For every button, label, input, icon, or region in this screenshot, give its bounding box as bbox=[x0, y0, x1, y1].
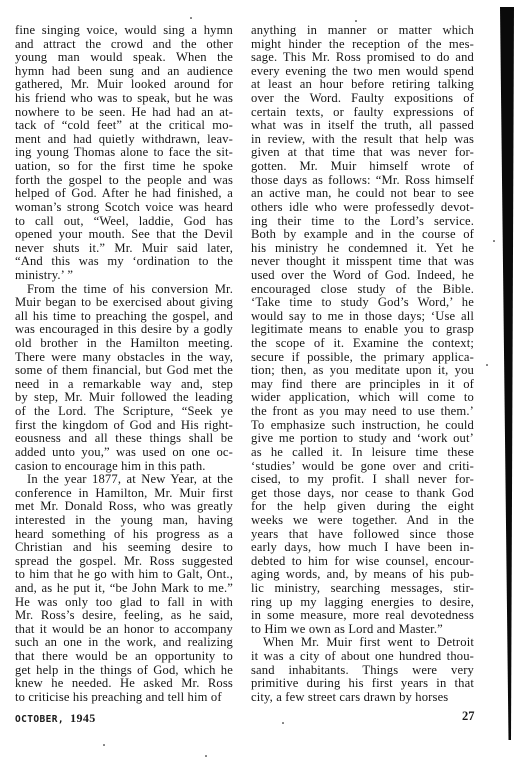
text-line: ing young Thomas alone to face the sit- bbox=[15, 146, 233, 160]
text-line: give me portion to study and ‘work out’ bbox=[251, 432, 474, 446]
text-line: need in a remarkable way and, step bbox=[15, 378, 233, 392]
text-line: an active man, he could not bear to see bbox=[251, 187, 474, 201]
document-page: fine singing voice, would sing a hymnand… bbox=[0, 0, 518, 763]
text-line: ment and had quietly withdrawn, leav- bbox=[15, 133, 233, 147]
text-line: never thought it misspent time that was bbox=[251, 255, 474, 269]
text-line: Christian and his seeming desire to bbox=[15, 541, 233, 555]
text-line: and attract the crowd and the other bbox=[15, 38, 233, 52]
text-line: added unto you,” was used on one oc- bbox=[15, 446, 233, 460]
text-line: anything in manner or matter which bbox=[251, 24, 474, 38]
scan-speck bbox=[103, 744, 105, 746]
text-line: in some measure, more real devotedness bbox=[251, 609, 474, 623]
page-number: 27 bbox=[462, 709, 475, 724]
text-line: first the kingdom of God and His right- bbox=[15, 419, 233, 433]
scan-speck bbox=[493, 240, 495, 242]
text-line: “And this was my ‘ordination to the bbox=[15, 255, 233, 269]
text-line: When Mr. Muir first went to Detroit bbox=[251, 636, 474, 650]
scan-speck bbox=[355, 20, 357, 22]
text-line: ‘Take time to study God’s Word,’ he bbox=[251, 296, 474, 310]
scan-speck bbox=[190, 17, 192, 19]
text-line: may find there are principles in it of bbox=[251, 378, 474, 392]
text-line: knew he needed. He asked Mr. Ross bbox=[15, 677, 233, 691]
text-line: aging words, and, by means of his pub- bbox=[251, 568, 474, 582]
text-line: Mr. Ross’s desire, feeling, as he said, bbox=[15, 609, 233, 623]
right-text-column: anything in manner or matter whichmight … bbox=[251, 24, 474, 704]
text-line: early days, how much I have been in- bbox=[251, 541, 474, 555]
issue-month: OCTOBER, bbox=[15, 714, 64, 725]
text-line: that it would be an honor to accompany bbox=[15, 623, 233, 637]
text-line: He was only too glad to fall in with bbox=[15, 596, 233, 610]
text-line: fine singing voice, would sing a hymn bbox=[15, 24, 233, 38]
text-line: To emphasize such instruction, he could bbox=[251, 419, 474, 433]
text-line: weeks we were together. And in the bbox=[251, 514, 474, 528]
text-line: certain texts, or faulty expressions of bbox=[251, 106, 474, 120]
text-line: uation, so for the first time he spoke bbox=[15, 160, 233, 174]
text-line: to call out, “Weel, laddie, God has bbox=[15, 215, 233, 229]
text-line: some of them financial, but God met the bbox=[15, 364, 233, 378]
text-line: interested in the young man, having bbox=[15, 514, 233, 528]
text-line: for the help given during the eight bbox=[251, 500, 474, 514]
text-line: tack of “cold feet” at the critical mo- bbox=[15, 119, 233, 133]
text-line: by step, Mr. Muir followed the leading bbox=[15, 391, 233, 405]
text-line: primitive during his first years in that bbox=[251, 677, 474, 691]
text-line: given at that time that was never for- bbox=[251, 146, 474, 160]
issue-date: OCTOBER, 1945 bbox=[15, 711, 96, 726]
text-line: gotten. Mr. Muir himself wrote of bbox=[251, 160, 474, 174]
scan-speck bbox=[486, 364, 488, 366]
text-line: would say to me in those days; ‘Use all bbox=[251, 310, 474, 324]
text-line: get those days, nor cease to thank God bbox=[251, 487, 474, 501]
scan-speck bbox=[205, 755, 207, 757]
text-line: his friend who was to speak, but he was bbox=[15, 92, 233, 106]
text-line: legitimate means to enable you to grasp bbox=[251, 323, 474, 337]
text-line: nowhere to be seen. He had had an at- bbox=[15, 106, 233, 120]
text-line: In the year 1877, at New Year, at the bbox=[15, 473, 233, 487]
text-line: cised, to my profit. I shall never for- bbox=[251, 473, 474, 487]
text-line: it was a city of about one hundred thou- bbox=[251, 650, 474, 664]
text-line: opened your mouth. See that the Devil bbox=[15, 228, 233, 242]
text-line: the front as you may need to use them.’ bbox=[251, 405, 474, 419]
text-line: at least an hour before retiring talking bbox=[251, 78, 474, 92]
text-line: those days as follows: “Mr. Ross himself bbox=[251, 174, 474, 188]
text-line: old brother in the Hamilton meeting. bbox=[15, 337, 233, 351]
text-line: ing their time to the Lord’s service. bbox=[251, 215, 474, 229]
text-line: secure if possible, the primary applica- bbox=[251, 351, 474, 365]
text-line: get help in the things of God, which he bbox=[15, 664, 233, 678]
text-line: to Him we own as Lord and Master.” bbox=[251, 623, 474, 637]
text-line: helped of God. After he had finished, a bbox=[15, 187, 233, 201]
text-line: hymn had been sung and an audience bbox=[15, 65, 233, 79]
text-line: spread the gospel. Mr. Ross suggested bbox=[15, 555, 233, 569]
text-line: of the Lord. The Scripture, “Seek ye bbox=[15, 405, 233, 419]
left-text-column: fine singing voice, would sing a hymnand… bbox=[15, 24, 233, 704]
text-line: and, as he put it, “be John Mark to me.” bbox=[15, 582, 233, 596]
text-line: ring up my lagging energies to desire, bbox=[251, 596, 474, 610]
text-line: never shuts it.” Mr. Muir said later, bbox=[15, 242, 233, 256]
text-line: gathered, Mr. Muir looked around for bbox=[15, 78, 233, 92]
text-line: wider application, which will come to bbox=[251, 391, 474, 405]
text-line: ‘studies’ would be gone over and criti- bbox=[251, 460, 474, 474]
text-line: every evening the two men would spend bbox=[251, 65, 474, 79]
text-line: as he called it. In leisure time these bbox=[251, 446, 474, 460]
text-line: such an one in the work, and realizing bbox=[15, 636, 233, 650]
text-line: was encouraged in this desire by a godly bbox=[15, 323, 233, 337]
text-line: his ministry he condemned it. Yet he bbox=[251, 242, 474, 256]
text-line: city, a few street cars drawn by horses bbox=[251, 691, 474, 705]
scan-speck bbox=[282, 722, 284, 724]
text-line: lic ministry, searching messages, stir- bbox=[251, 582, 474, 596]
text-line: ministry.’ ” bbox=[15, 269, 233, 283]
text-line: others idle who were professedly devot- bbox=[251, 201, 474, 215]
text-line: heard something of his progress as a bbox=[15, 528, 233, 542]
text-line: to him that he go with him to Galt, Ont.… bbox=[15, 568, 233, 582]
text-line: There were many obstacles in the way, bbox=[15, 351, 233, 365]
text-line: woman’s strong Scotch voice was heard bbox=[15, 201, 233, 215]
text-line: casion to encourage him in this path. bbox=[15, 460, 233, 474]
text-line: what was in itself the truth, all passed bbox=[251, 119, 474, 133]
text-line: met Mr. Donald Ross, who was greatly bbox=[15, 500, 233, 514]
text-line: debted to him for wise counsel, encour- bbox=[251, 555, 474, 569]
text-line: that there would be an opportunity to bbox=[15, 650, 233, 664]
text-line: young man would speak. When the bbox=[15, 51, 233, 65]
text-line: the scope of it. Examine the context; bbox=[251, 337, 474, 351]
text-line: Both by example and in the course of bbox=[251, 228, 474, 242]
text-line: sand inhabitants. Things were very bbox=[251, 664, 474, 678]
text-line: all his time to preaching the gospel, an… bbox=[15, 310, 233, 324]
text-line: in review, with the result that help was bbox=[251, 133, 474, 147]
text-line: over the Word. Faulty expositions of bbox=[251, 92, 474, 106]
text-line: eousness and all these things shall be bbox=[15, 432, 233, 446]
text-line: From the time of his conversion Mr. bbox=[15, 283, 233, 297]
text-line: to criticise his preaching and tell him … bbox=[15, 691, 233, 705]
text-line: encouraged close study of the Bible. bbox=[251, 283, 474, 297]
text-line: sage. This Mr. Ross promised to do and bbox=[251, 51, 474, 65]
text-line: conference in Hamilton, Mr. Muir first bbox=[15, 487, 233, 501]
text-line: used over the Word of God. Indeed, he bbox=[251, 269, 474, 283]
issue-year: 1945 bbox=[70, 711, 96, 725]
text-line: Muir began to be exercised about giving bbox=[15, 296, 233, 310]
text-line: years that have followed since those bbox=[251, 528, 474, 542]
text-line: tion; then, as you meditate upon it, you bbox=[251, 364, 474, 378]
text-line: forth the gospel to the people and was bbox=[15, 174, 233, 188]
text-line: might hinder the reception of the mes- bbox=[251, 38, 474, 52]
